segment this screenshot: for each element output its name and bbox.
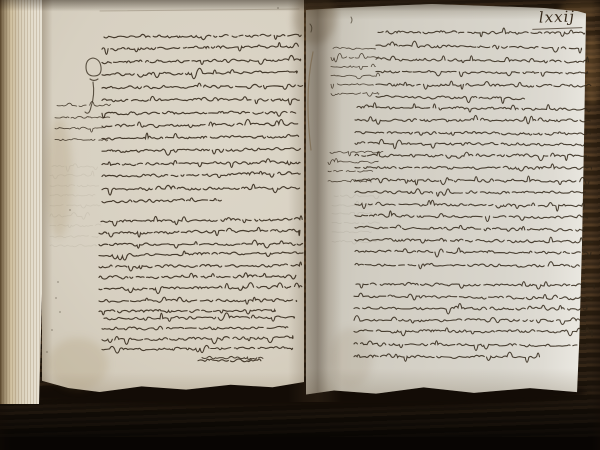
manuscript-photo: lxxij bbox=[0, 0, 600, 450]
page-stain bbox=[46, 118, 72, 238]
page-stain bbox=[48, 338, 108, 390]
wood-grain-streak bbox=[583, 35, 600, 105]
table-shadow-strip bbox=[0, 437, 600, 450]
page-stain bbox=[330, 328, 372, 388]
folio-number: lxxij bbox=[532, 8, 583, 30]
